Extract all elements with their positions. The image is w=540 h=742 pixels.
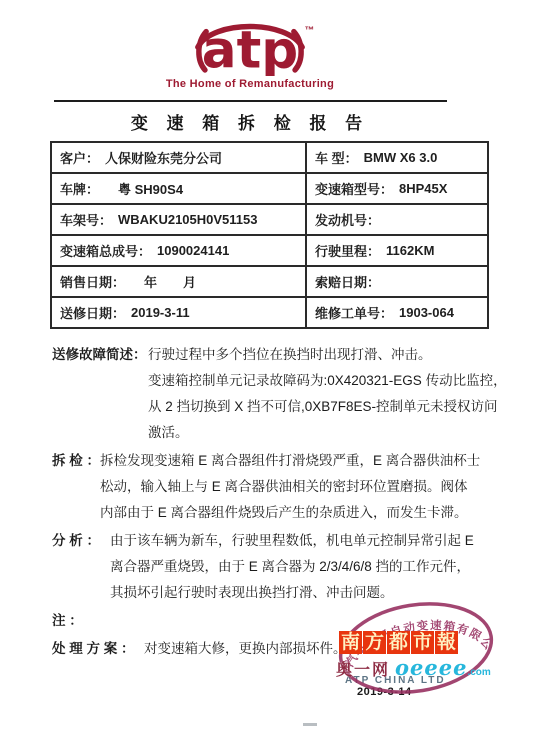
cell-label: 变速箱型号： (315, 179, 393, 198)
watermark-website: 奥一网 oeeee .com (336, 655, 491, 680)
solution-label: 处 理 方 案 ： (52, 636, 144, 662)
cell-value: 1903-064 (399, 305, 454, 320)
cell-value: 1162KM (386, 243, 434, 258)
watermark-char: 市 (411, 631, 434, 654)
inspection-line: 拆检发现变速箱 E 离合器组件打滑烧毁严重，E 离合器供油杯士 (100, 448, 512, 474)
cell-label: 车牌： (60, 179, 99, 198)
fault-line: 行驶过程中多个挡位在换挡时出现打滑、冲击。 (148, 342, 512, 368)
table-cell-plate: 车牌： 粤 SH90S4 (52, 172, 305, 203)
section-analysis: 分 析 ： 由于该车辆为新车，行驶里程数低，机电单元控制异常引起 E 离合器严重… (52, 528, 512, 606)
cell-label: 车架号： (60, 210, 112, 229)
table-cell-gearbox-model: 变速箱型号：8HP45X (305, 172, 487, 203)
table-cell-assembly-no: 变速箱总成号：1090024141 (52, 234, 305, 265)
table-cell-engine-no: 发动机号： (305, 203, 487, 234)
table-cell-claim-date: 索赔日期： (305, 265, 487, 296)
inspection-label: 拆 检 ： (52, 448, 100, 474)
table-cell-work-order: 维修工单号：1903-064 (305, 296, 487, 327)
section-fault-summary: 送修故障简述： 行驶过程中多个挡位在换挡时出现打滑、冲击。 变速箱控制单元记录故… (52, 342, 512, 446)
fault-line: 从 2 挡切换到 X 挡不可信,0XB7F8ES-控制单元未授权访问 (148, 394, 512, 420)
section-inspection: 拆 检 ： 拆检发现变速箱 E 离合器组件打滑烧毁严重，E 离合器供油杯士 松动… (52, 448, 512, 526)
watermark-site-domain: oeeee (395, 655, 467, 680)
watermark-char: 方 (363, 631, 386, 654)
watermark-site-name: 奥一网 (336, 657, 390, 680)
cell-label: 行驶里程： (315, 241, 380, 260)
cell-value: 粤 SH90S4 (105, 179, 183, 198)
inspection-text: 拆检发现变速箱 E 离合器组件打滑烧毁严重，E 离合器供油杯士 松动，输入轴上与… (100, 448, 512, 526)
table-cell-vin: 车架号：WBAKU2105H0V51153 (52, 203, 305, 234)
fault-line: 变速箱控制单元记录故障码为:0X420321-EGS 传动比监控， (148, 368, 512, 394)
cell-value: 2019-3-11 (131, 305, 190, 320)
cell-label: 客户： (60, 148, 99, 167)
vehicle-info-table: 客户：人保财险东莞分公司 车 型：BMW X6 3.0 车牌： 粤 SH90S4… (50, 141, 489, 329)
analysis-text: 由于该车辆为新车，行驶里程数低，机电单元控制异常引起 E 离合器严重烧毁，由于 … (110, 528, 512, 606)
cell-label: 发动机号： (315, 210, 380, 229)
fault-summary-text: 行驶过程中多个挡位在换挡时出现打滑、冲击。 变速箱控制单元记录故障码为:0X42… (148, 342, 512, 446)
inspection-line: 松动，输入轴上与 E 离合器供油相关的密封环位置磨损。阀体 (100, 474, 512, 500)
atp-logo: atp ™ (181, 16, 319, 76)
table-cell-customer: 客户：人保财险东莞分公司 (52, 143, 305, 172)
cell-value: 1090024141 (157, 243, 229, 258)
cell-label: 变速箱总成号： (60, 241, 151, 260)
analysis-line: 由于该车辆为新车，行驶里程数低，机电单元控制异常引起 E (110, 528, 512, 554)
page-title: 变 速 箱 拆 检 报 告 (0, 109, 500, 134)
trademark-symbol: ™ (305, 25, 315, 36)
report-header: atp ™ The Home of Remanufacturing 变 速 箱 … (0, 0, 500, 134)
inspection-line: 内部由于 E 离合器组件烧毁后产生的杂质进入，而发生卡滞。 (100, 500, 512, 526)
cell-label: 车 型： (315, 148, 358, 167)
logo-wordmark: atp (202, 21, 298, 76)
analysis-line: 离合器严重烧毁，由于 E 离合器为 2/3/4/6/8 挡的工作元件， (110, 554, 512, 580)
header-divider (54, 100, 447, 102)
table-cell-model: 车 型：BMW X6 3.0 (305, 143, 487, 172)
watermark-char: 報 (435, 631, 458, 654)
watermark-char: 都 (387, 631, 410, 654)
watermark-char: 南 (339, 631, 362, 654)
analysis-label: 分 析 ： (52, 528, 110, 554)
cell-label: 维修工单号： (315, 303, 393, 322)
fault-summary-label: 送修故障简述： (52, 342, 148, 368)
fault-line: 激活。 (148, 420, 512, 446)
cell-value: BMW X6 3.0 (364, 150, 438, 165)
table-cell-repair-date: 送修日期：2019-3-11 (52, 296, 305, 327)
scan-artifact (303, 723, 317, 726)
watermark-site-suffix: .com (467, 667, 490, 678)
cell-label: 送修日期： (60, 303, 125, 322)
cell-value: 年 月 (131, 272, 196, 291)
cell-value: 8HP45X (399, 181, 447, 196)
cell-value: WBAKU2105H0V51153 (118, 212, 257, 227)
brand-tagline: The Home of Remanufacturing (0, 78, 500, 90)
table-cell-mileage: 行驶里程：1162KM (305, 234, 487, 265)
cell-label: 索赔日期： (315, 272, 380, 291)
watermark-newspaper-logo: 南 方 都 市 報 (339, 631, 459, 654)
report-page: atp ™ The Home of Remanufacturing 变 速 箱 … (0, 0, 540, 742)
cell-label: 销售日期： (60, 272, 125, 291)
table-cell-sale-date: 销售日期： 年 月 (52, 265, 305, 296)
cell-value: 人保财险东莞分公司 (105, 148, 222, 167)
